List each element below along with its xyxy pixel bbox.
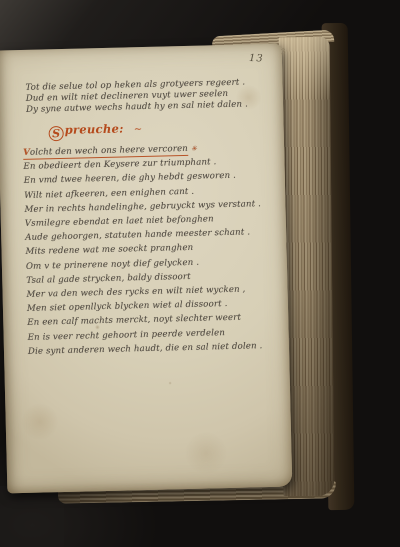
manuscript-line: Wilt niet afkeeren, een enighen cant . — [24, 187, 194, 201]
manuscript-line: Vsmilegre ebendat en laet niet befonghen — [25, 215, 214, 229]
manuscript-line: Aude gehoorgen, statuten hande meester s… — [25, 229, 250, 244]
rubric-end-marker: ✳ — [191, 145, 197, 153]
manuscript-line: En obedieert den Keysere zur triumphant … — [23, 158, 216, 172]
rubricated-initial: V — [23, 148, 30, 158]
manuscript-line: Mer in rechts handelinghe, gebruyckt wys… — [24, 200, 261, 215]
manuscript-line: Om v te prinerene noyt dief gelycken . — [26, 258, 199, 272]
manuscript-page: 13 Spreuche: ~ Tot die selue tol op heke… — [0, 44, 292, 494]
manuscript-line: Volcht den wech ons heere vercoren✳ — [23, 145, 197, 159]
manuscript-line: En vmd twee heeren, die ghy hebdt geswor… — [24, 172, 236, 187]
rubric-initial: S — [48, 126, 63, 141]
text-layer: Spreuche: ~ Tot die selue tol op heken a… — [0, 44, 292, 494]
manuscript-line: Tsal al gade strycken, baldy dissoort — [26, 273, 191, 286]
rubric-flourish: ~ — [134, 124, 143, 135]
manuscript-line: Mits redene wat me soeckt pranghen — [25, 244, 193, 258]
manuscript-line: Die synt anderen wech haudt, die en sal … — [28, 342, 263, 357]
manuscript-line: En een calf machts merckt, noyt slechter… — [27, 314, 241, 329]
manuscript-line: En is veer recht gehoort in peerde verde… — [28, 329, 226, 343]
rubric-heading-text: preuche: — [64, 121, 123, 136]
rubric-heading: Spreuche: ~ — [48, 117, 142, 141]
manuscript-line: Mer va den wech des rycks en wilt niet w… — [27, 286, 246, 301]
manuscript-line: Men siet openllyck blycken wiet al disso… — [27, 300, 228, 314]
table-surface-shadow — [0, 486, 64, 547]
photo-scene: 3 13 Spreuche: ~ Tot die selue tol op he… — [0, 0, 400, 547]
